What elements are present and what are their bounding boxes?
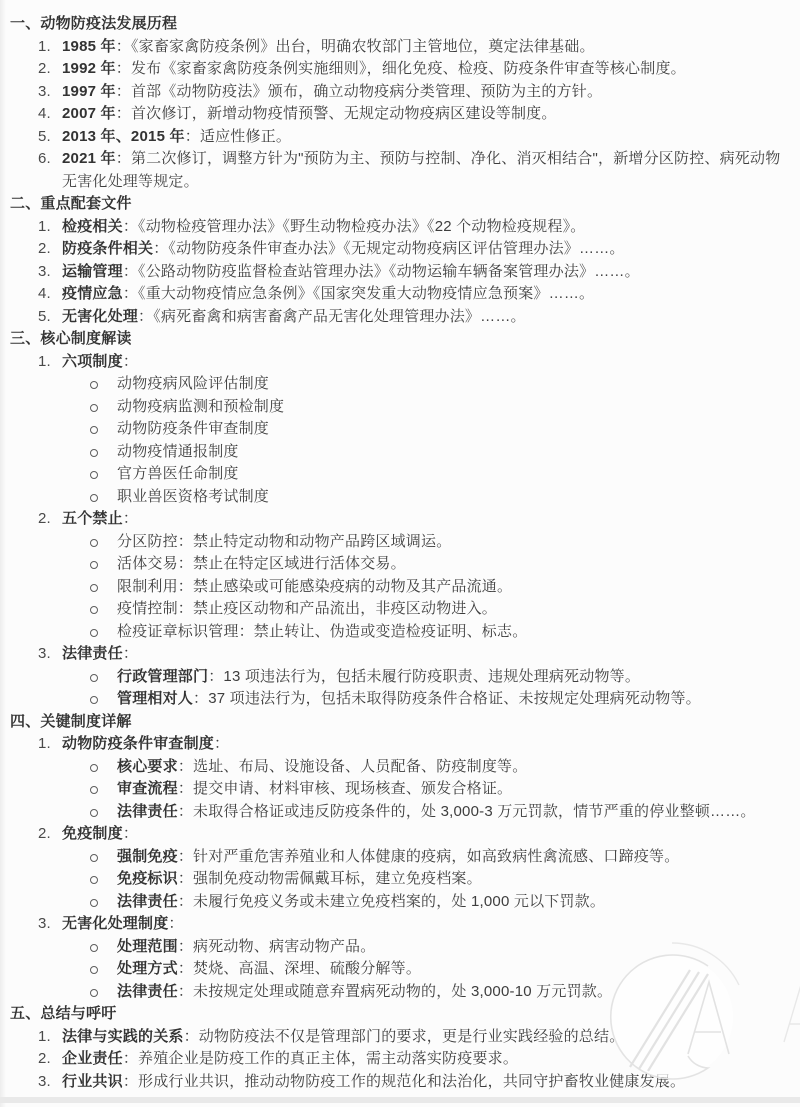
list-number: 2. — [38, 823, 58, 846]
document-page: 一、动物防疫法发展历程 1.1985 年：《家畜家禽防疫条例》出台，明确农牧部门… — [0, 0, 800, 1107]
item-label: 法律责任 — [117, 983, 178, 1000]
list-item: 1.动物防疫条件审查制度： — [10, 733, 790, 756]
item-text: ：强制免疫动物需佩戴耳标，建立免疫档案。 — [178, 870, 482, 887]
list-number: 3. — [38, 643, 58, 666]
list-item-text: 无害化处理：《病死畜禽和病害畜禽产品无害化处理管理办法》……。 — [62, 308, 526, 325]
bullet-circle-icon — [90, 786, 98, 794]
item-label: 行政管理部门 — [117, 668, 208, 685]
list-item: 3.行业共识：形成行业共识，推动动物防疫工作的规范化和法治化，共同守护畜牧业健康… — [10, 1071, 790, 1094]
list-item-text: 1997 年：首部《动物防疫法》颁布，确立动物疫病分类管理、预防为主的方针。 — [62, 83, 602, 100]
bullet-item-text: 法律责任：未履行免疫义务或未建立免疫档案的，处 1,000 元以下罚款。 — [117, 893, 605, 910]
list-number: 6. — [38, 148, 58, 171]
bullet-item-text: 职业兽医资格考试制度 — [117, 488, 269, 505]
item-text: ：首部《动物防疫法》颁布，确立动物疫病分类管理、预防为主的方针。 — [116, 83, 602, 100]
item-text: ：形成行业共识，推动动物防疫工作的规范化和法治化，共同守护畜牧业健康发展。 — [123, 1073, 685, 1090]
item-text: ：提交申请、材料审核、现场核查、颁发合格证。 — [178, 780, 512, 797]
item-label: 六项制度 — [62, 353, 123, 370]
item-text: 限制利用：禁止感染或可能感染疫病的动物及其产品流通。 — [117, 578, 512, 595]
bullet-circle-icon — [90, 381, 98, 389]
list-item: 2.1992 年：发布《家畜家禽防疫条例实施细则》，细化免疫、检疫、防疫条件审查… — [10, 58, 790, 81]
bullet-item: 行政管理部门：13 项违法行为，包括未履行防疫职责、违规处理病死动物等。 — [10, 666, 790, 689]
item-text: ：针对严重危害养殖业和人体健康的疫病，如高致病性禽流感、口蹄疫等。 — [178, 848, 680, 865]
list-number: 1. — [38, 733, 58, 756]
item-text: ：13 项违法行为，包括未履行防疫职责、违规处理病死动物等。 — [208, 668, 640, 685]
list-item: 4.2007 年：首次修订，新增动物疫情预警、无规定动物疫病区建设等制度。 — [10, 103, 790, 126]
bullet-item-text: 审查流程：提交申请、材料审核、现场核查、颁发合格证。 — [117, 780, 512, 797]
item-label: 五个禁止 — [62, 510, 123, 527]
item-text: ：发布《家畜家禽防疫条例实施细则》，细化免疫、检疫、防疫条件审查等核心制度。 — [116, 60, 686, 77]
list-item-text: 五个禁止： — [62, 510, 138, 527]
list-number: 1. — [38, 36, 58, 59]
bullet-item-text: 法律责任：未取得合格证或违反防疫条件的，处 3,000-3 万元罚款，情节严重的… — [117, 803, 756, 820]
bullet-item: 动物疫病风险评估制度 — [10, 373, 790, 396]
bullet-circle-icon — [90, 809, 98, 817]
item-text: ： — [123, 510, 138, 527]
item-text: ：未按规定处理或随意弃置病死动物的，处 3,000-10 万元罚款。 — [178, 983, 612, 1000]
item-label: 免疫制度 — [62, 825, 123, 842]
bullet-circle-icon — [90, 561, 98, 569]
item-text: ： — [123, 645, 138, 662]
item-text: 动物防疫条件审查制度 — [117, 420, 269, 437]
bullet-item-text: 处理范围：病死动物、病害动物产品。 — [117, 938, 375, 955]
item-text: ：首次修订，新增动物疫情预警、无规定动物疫病区建设等制度。 — [116, 105, 557, 122]
bullet-item-text: 行政管理部门：13 项违法行为，包括未履行防疫职责、违规处理病死动物等。 — [117, 668, 640, 685]
item-text: 疫情控制：禁止疫区动物和产品流出，非疫区动物进入。 — [117, 600, 497, 617]
list-item-text: 行业共识：形成行业共识，推动动物防疫工作的规范化和法治化，共同守护畜牧业健康发展… — [62, 1073, 685, 1090]
item-label: 企业责任 — [62, 1050, 123, 1067]
bullet-item: 限制利用：禁止感染或可能感染疫病的动物及其产品流通。 — [10, 576, 790, 599]
bullet-circle-icon — [90, 674, 98, 682]
list-item-text: 免疫制度： — [62, 825, 138, 842]
bullet-item-text: 核心要求：选址、布局、设施设备、人员配备、防疫制度等。 — [117, 758, 527, 775]
list-item-text: 法律责任： — [62, 645, 138, 662]
list-number: 3. — [38, 1071, 58, 1094]
item-text: 检疫证章标识管理：禁止转让、伪造或变造检疫证明、标志。 — [117, 623, 527, 640]
item-label: 动物防疫条件审查制度 — [62, 735, 214, 752]
list-item-text: 检疫相关：《动物检疫管理办法》《野生动物检疫办法》《22 个动物检疫规程》。 — [62, 218, 585, 235]
item-label: 1985 年 — [62, 38, 116, 55]
item-text: ： — [168, 915, 183, 932]
bullet-circle-icon — [90, 764, 98, 772]
list-number: 2. — [38, 58, 58, 81]
bullet-item: 分区防控：禁止特定动物和动物产品跨区域调运。 — [10, 531, 790, 554]
list-item-text: 法律与实践的关系：动物防疫法不仅是管理部门的要求，更是行业实践经验的总结。 — [62, 1028, 624, 1045]
item-text: ：《病死畜禽和病害畜禽产品无害化处理管理办法》……。 — [138, 308, 526, 325]
list-item: 2.五个禁止： — [10, 508, 790, 531]
item-label: 运输管理 — [62, 263, 123, 280]
bullet-item: 处理方式：焚烧、高温、深埋、硫酸分解等。 — [10, 958, 790, 981]
bullet-item-text: 官方兽医任命制度 — [117, 465, 239, 482]
list-number: 2. — [38, 508, 58, 531]
item-label: 核心要求 — [117, 758, 178, 775]
section-heading: 三、核心制度解读 — [10, 328, 790, 351]
item-text: ：《重大动物疫情应急条例》《国家突发重大动物疫情应急预案》……。 — [123, 285, 594, 302]
list-item: 1.1985 年：《家畜家禽防疫条例》出台，明确农牧部门主管地位，奠定法律基础。 — [10, 36, 790, 59]
item-label: 疫情应急 — [62, 285, 123, 302]
item-text: ：《家畜家禽防疫条例》出台，明确农牧部门主管地位，奠定法律基础。 — [116, 38, 595, 55]
list-number: 3. — [38, 913, 58, 936]
bullet-item: 动物疫情通报制度 — [10, 441, 790, 464]
section-heading-text: 三、核心制度解读 — [10, 330, 132, 347]
bullet-item-text: 疫情控制：禁止疫区动物和产品流出，非疫区动物进入。 — [117, 600, 497, 617]
bullet-item-text: 活体交易：禁止在特定区域进行活体交易。 — [117, 555, 406, 572]
bullet-circle-icon — [90, 539, 98, 547]
list-item-text: 2007 年：首次修订，新增动物疫情预警、无规定动物疫病区建设等制度。 — [62, 105, 557, 122]
item-text: 分区防控：禁止特定动物和动物产品跨区域调运。 — [117, 533, 451, 550]
item-label: 2013 年、2015 年 — [62, 128, 185, 145]
bullet-circle-icon — [90, 404, 98, 412]
list-item-text: 2021 年：第二次修订，调整方针为"预防为主、预防与控制、净化、消灭相结合"，… — [62, 150, 780, 190]
bullet-item: 核心要求：选址、布局、设施设备、人员配备、防疫制度等。 — [10, 756, 790, 779]
section-heading-text: 一、动物防疫法发展历程 — [10, 15, 177, 32]
list-item-text: 1985 年：《家畜家禽防疫条例》出台，明确农牧部门主管地位，奠定法律基础。 — [62, 38, 595, 55]
section-heading: 二、重点配套文件 — [10, 193, 790, 216]
list-item: 4.疫情应急：《重大动物疫情应急条例》《国家突发重大动物疫情应急预案》……。 — [10, 283, 790, 306]
section-heading: 四、关键制度详解 — [10, 711, 790, 734]
bullet-item: 法律责任：未取得合格证或违反防疫条件的，处 3,000-3 万元罚款，情节严重的… — [10, 801, 790, 824]
bullet-item-text: 免疫标识：强制免疫动物需佩戴耳标，建立免疫档案。 — [117, 870, 482, 887]
list-item-text: 2013 年、2015 年：适应性修正。 — [62, 128, 291, 145]
item-text: 官方兽医任命制度 — [117, 465, 239, 482]
item-label: 管理相对人 — [117, 690, 193, 707]
scan-edge-shadow — [0, 0, 6, 1107]
list-item: 3.法律责任： — [10, 643, 790, 666]
list-number: 2. — [38, 238, 58, 261]
section-heading: 一、动物防疫法发展历程 — [10, 13, 790, 36]
item-label: 免疫标识 — [117, 870, 178, 887]
item-text: 动物疫情通报制度 — [117, 443, 239, 460]
list-number: 5. — [38, 126, 58, 149]
bullet-item: 检疫证章标识管理：禁止转让、伪造或变造检疫证明、标志。 — [10, 621, 790, 644]
item-label: 法律责任 — [62, 645, 123, 662]
item-text: ： — [123, 353, 138, 370]
bullet-item-text: 动物疫病监测和预检制度 — [117, 398, 284, 415]
bullet-item-text: 动物疫情通报制度 — [117, 443, 239, 460]
item-text: 动物疫病风险评估制度 — [117, 375, 269, 392]
item-text: ： — [214, 735, 229, 752]
list-number: 1. — [38, 1026, 58, 1049]
item-text: 活体交易：禁止在特定区域进行活体交易。 — [117, 555, 406, 572]
bullet-circle-icon — [90, 584, 98, 592]
item-text: ：《动物防疫条件审查办法》《无规定动物疫病区评估管理办法》……。 — [153, 240, 624, 257]
bullet-item: 活体交易：禁止在特定区域进行活体交易。 — [10, 553, 790, 576]
item-label: 无害化处理制度 — [62, 915, 168, 932]
item-text: ：养殖企业是防疫工作的真正主体，需主动落实防疫要求。 — [123, 1050, 518, 1067]
item-label: 行业共识 — [62, 1073, 123, 1090]
section-heading-text: 五、总结与呼吁 — [10, 1005, 116, 1022]
list-item-text: 运输管理：《公路动物防疫监督检查站管理办法》《动物运输车辆备案管理办法》……。 — [62, 263, 640, 280]
list-number: 1. — [38, 351, 58, 374]
bullet-circle-icon — [90, 966, 98, 974]
bullet-circle-icon — [90, 944, 98, 952]
item-label: 强制免疫 — [117, 848, 178, 865]
list-number: 4. — [38, 103, 58, 126]
scan-edge-shadow-bottom — [0, 1097, 800, 1103]
list-item-text: 防疫条件相关：《动物防疫条件审查办法》《无规定动物疫病区评估管理办法》……。 — [62, 240, 625, 257]
item-label: 审查流程 — [117, 780, 178, 797]
item-text: ：未取得合格证或违反防疫条件的，处 3,000-3 万元罚款，情节严重的停业整顿… — [178, 803, 756, 820]
bullet-circle-icon — [90, 494, 98, 502]
bullet-item: 法律责任：未按规定处理或随意弃置病死动物的，处 3,000-10 万元罚款。 — [10, 981, 790, 1004]
list-item: 1.六项制度： — [10, 351, 790, 374]
bullet-item-text: 处理方式：焚烧、高温、深埋、硫酸分解等。 — [117, 960, 421, 977]
bullet-item-text: 动物防疫条件审查制度 — [117, 420, 269, 437]
list-item: 5.2013 年、2015 年：适应性修正。 — [10, 126, 790, 149]
item-label: 2007 年 — [62, 105, 116, 122]
list-number: 4. — [38, 283, 58, 306]
item-text: ： — [123, 825, 138, 842]
bullet-circle-icon — [90, 696, 98, 704]
section-heading-text: 二、重点配套文件 — [10, 195, 132, 212]
list-item: 6.2021 年：第二次修订，调整方针为"预防为主、预防与控制、净化、消灭相结合… — [10, 148, 790, 193]
item-label: 防疫条件相关 — [62, 240, 153, 257]
list-number: 3. — [38, 81, 58, 104]
list-item-text: 1992 年：发布《家畜家禽防疫条例实施细则》，细化免疫、检疫、防疫条件审查等核… — [62, 60, 686, 77]
item-label: 法律责任 — [117, 893, 178, 910]
bullet-circle-icon — [90, 449, 98, 457]
bullet-item-text: 检疫证章标识管理：禁止转让、伪造或变造检疫证明、标志。 — [117, 623, 527, 640]
bullet-item-text: 强制免疫：针对严重危害养殖业和人体健康的疫病，如高致病性禽流感、口蹄疫等。 — [117, 848, 679, 865]
bullet-item-text: 限制利用：禁止感染或可能感染疫病的动物及其产品流通。 — [117, 578, 512, 595]
list-number: 5. — [38, 306, 58, 329]
list-number: 3. — [38, 261, 58, 284]
list-item-text: 六项制度： — [62, 353, 138, 370]
list-item: 2.免疫制度： — [10, 823, 790, 846]
outline-document: 一、动物防疫法发展历程 1.1985 年：《家畜家禽防疫条例》出台，明确农牧部门… — [10, 13, 790, 1093]
item-label: 1992 年 — [62, 60, 116, 77]
item-text: ：《公路动物防疫监督检查站管理办法》《动物运输车辆备案管理办法》……。 — [123, 263, 640, 280]
bullet-item: 审查流程：提交申请、材料审核、现场核查、颁发合格证。 — [10, 778, 790, 801]
item-text: ：选址、布局、设施设备、人员配备、防疫制度等。 — [178, 758, 528, 775]
list-item: 3.无害化处理制度： — [10, 913, 790, 936]
list-number: 2. — [38, 1048, 58, 1071]
bullet-item: 动物防疫条件审查制度 — [10, 418, 790, 441]
bullet-item: 管理相对人：37 项违法行为，包括未取得防疫条件合格证、未按规定处理病死动物等。 — [10, 688, 790, 711]
bullet-item: 免疫标识：强制免疫动物需佩戴耳标，建立免疫档案。 — [10, 868, 790, 891]
item-text: ：适应性修正。 — [185, 128, 291, 145]
section-heading-text: 四、关键制度详解 — [10, 713, 132, 730]
bullet-circle-icon — [90, 899, 98, 907]
list-item-text: 疫情应急：《重大动物疫情应急条例》《国家突发重大动物疫情应急预案》……。 — [62, 285, 594, 302]
item-text: ：病死动物、病害动物产品。 — [178, 938, 376, 955]
item-text: 职业兽医资格考试制度 — [117, 488, 269, 505]
item-text: 动物疫病监测和预检制度 — [117, 398, 284, 415]
bullet-item-text: 动物疫病风险评估制度 — [117, 375, 269, 392]
list-item: 3.运输管理：《公路动物防疫监督检查站管理办法》《动物运输车辆备案管理办法》……… — [10, 261, 790, 284]
bullet-circle-icon — [90, 471, 98, 479]
bullet-item: 处理范围：病死动物、病害动物产品。 — [10, 936, 790, 959]
item-text: ：第二次修订，调整方针为"预防为主、预防与控制、净化、消灭相结合"，新增分区防控… — [62, 150, 780, 190]
bullet-item: 职业兽医资格考试制度 — [10, 486, 790, 509]
item-text: ：《动物检疫管理办法》《野生动物检疫办法》《22 个动物检疫规程》。 — [123, 218, 586, 235]
item-label: 无害化处理 — [62, 308, 138, 325]
list-item: 1.检疫相关：《动物检疫管理办法》《野生动物检疫办法》《22 个动物检疫规程》。 — [10, 216, 790, 239]
bullet-circle-icon — [90, 426, 98, 434]
bullet-item: 强制免疫：针对严重危害养殖业和人体健康的疫病，如高致病性禽流感、口蹄疫等。 — [10, 846, 790, 869]
list-number: 1. — [38, 216, 58, 239]
bullet-circle-icon — [90, 854, 98, 862]
list-item-text: 无害化处理制度： — [62, 915, 184, 932]
item-text: ：未履行免疫义务或未建立免疫档案的，处 1,000 元以下罚款。 — [178, 893, 605, 910]
item-label: 2021 年 — [62, 150, 116, 167]
bullet-item-text: 管理相对人：37 项违法行为，包括未取得防疫条件合格证、未按规定处理病死动物等。 — [117, 690, 701, 707]
list-item: 3.1997 年：首部《动物防疫法》颁布，确立动物疫病分类管理、预防为主的方针。 — [10, 81, 790, 104]
item-label: 1997 年 — [62, 83, 116, 100]
bullet-item: 官方兽医任命制度 — [10, 463, 790, 486]
item-text: ：37 项违法行为，包括未取得防疫条件合格证、未按规定处理病死动物等。 — [193, 690, 701, 707]
item-label: 处理方式 — [117, 960, 178, 977]
bullet-circle-icon — [90, 989, 98, 997]
list-item-text: 动物防疫条件审查制度： — [62, 735, 229, 752]
item-label: 处理范围 — [117, 938, 178, 955]
list-item: 1.法律与实践的关系：动物防疫法不仅是管理部门的要求，更是行业实践经验的总结。 — [10, 1026, 790, 1049]
item-text: ：焚烧、高温、深埋、硫酸分解等。 — [178, 960, 421, 977]
bullet-item-text: 分区防控：禁止特定动物和动物产品跨区域调运。 — [117, 533, 451, 550]
list-item-text: 企业责任：养殖企业是防疫工作的真正主体，需主动落实防疫要求。 — [62, 1050, 518, 1067]
section-heading: 五、总结与呼吁 — [10, 1003, 790, 1026]
bullet-circle-icon — [90, 606, 98, 614]
bullet-circle-icon — [90, 876, 98, 884]
bullet-item-text: 法律责任：未按规定处理或随意弃置病死动物的，处 3,000-10 万元罚款。 — [117, 983, 612, 1000]
list-item: 2.防疫条件相关：《动物防疫条件审查办法》《无规定动物疫病区评估管理办法》……。 — [10, 238, 790, 261]
bullet-item: 法律责任：未履行免疫义务或未建立免疫档案的，处 1,000 元以下罚款。 — [10, 891, 790, 914]
item-text: ：动物防疫法不仅是管理部门的要求，更是行业实践经验的总结。 — [184, 1028, 625, 1045]
list-item: 2.企业责任：养殖企业是防疫工作的真正主体，需主动落实防疫要求。 — [10, 1048, 790, 1071]
bullet-circle-icon — [90, 629, 98, 637]
item-label: 法律责任 — [117, 803, 178, 820]
item-label: 法律与实践的关系 — [62, 1028, 184, 1045]
bullet-item: 疫情控制：禁止疫区动物和产品流出，非疫区动物进入。 — [10, 598, 790, 621]
item-label: 检疫相关 — [62, 218, 123, 235]
list-item: 5.无害化处理：《病死畜禽和病害畜禽产品无害化处理管理办法》……。 — [10, 306, 790, 329]
bullet-item: 动物疫病监测和预检制度 — [10, 396, 790, 419]
